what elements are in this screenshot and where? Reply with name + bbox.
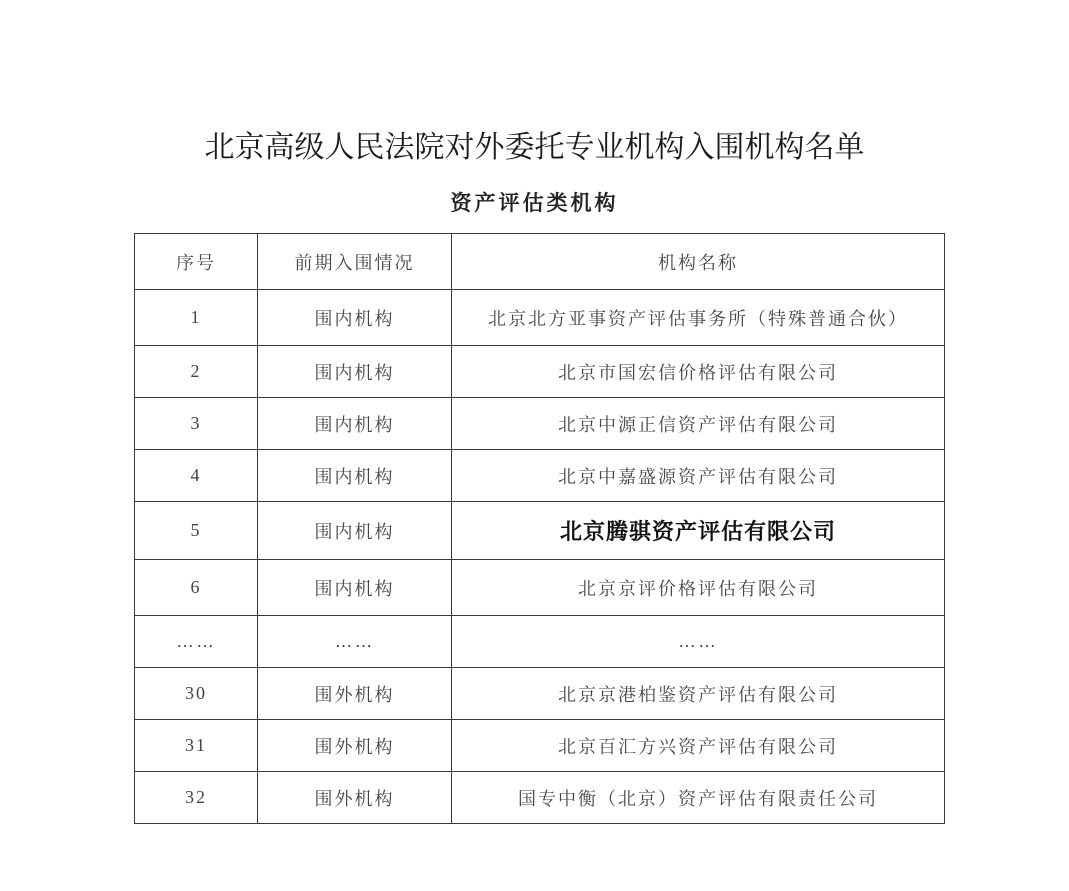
- cell-seq: 4: [135, 450, 258, 502]
- table-row: 31 围外机构 北京百汇方兴资产评估有限公司: [135, 720, 945, 772]
- cell-name: 国专中衡（北京）资产评估有限责任公司: [452, 772, 945, 824]
- cell-status: 围内机构: [258, 502, 452, 560]
- cell-name: 北京京评价格评估有限公司: [452, 560, 945, 616]
- cell-seq: 30: [135, 668, 258, 720]
- table-header-row: 序号 前期入围情况 机构名称: [135, 234, 945, 290]
- header-name: 机构名称: [452, 234, 945, 290]
- table-row: 3 围内机构 北京中源正信资产评估有限公司: [135, 398, 945, 450]
- cell-name: ……: [452, 616, 945, 668]
- cell-seq: 5: [135, 502, 258, 560]
- cell-seq: 31: [135, 720, 258, 772]
- document-title: 北京高级人民法院对外委托专业机构入围机构名单: [0, 128, 1069, 168]
- cell-status: ……: [258, 616, 452, 668]
- table-row-ellipsis: …… …… ……: [135, 616, 945, 668]
- cell-status: 围外机构: [258, 772, 452, 824]
- cell-name: 北京中源正信资产评估有限公司: [452, 398, 945, 450]
- cell-name: 北京中嘉盛源资产评估有限公司: [452, 450, 945, 502]
- cell-seq: 2: [135, 346, 258, 398]
- cell-status: 围内机构: [258, 346, 452, 398]
- cell-seq: 3: [135, 398, 258, 450]
- cell-seq: 6: [135, 560, 258, 616]
- header-status: 前期入围情况: [258, 234, 452, 290]
- cell-status: 围内机构: [258, 450, 452, 502]
- cell-name: 北京市国宏信价格评估有限公司: [452, 346, 945, 398]
- cell-name: 北京北方亚事资产评估事务所（特殊普通合伙）: [452, 290, 945, 346]
- cell-status: 围外机构: [258, 668, 452, 720]
- cell-name: 北京京港柏鉴资产评估有限公司: [452, 668, 945, 720]
- cell-name-highlighted: 北京腾骐资产评估有限公司: [452, 502, 945, 560]
- table-row: 32 围外机构 国专中衡（北京）资产评估有限责任公司: [135, 772, 945, 824]
- cell-status: 围内机构: [258, 398, 452, 450]
- cell-seq: 1: [135, 290, 258, 346]
- table-row: 1 围内机构 北京北方亚事资产评估事务所（特殊普通合伙）: [135, 290, 945, 346]
- cell-name: 北京百汇方兴资产评估有限公司: [452, 720, 945, 772]
- table-row-highlighted: 5 围内机构 北京腾骐资产评估有限公司: [135, 502, 945, 560]
- document-subtitle: 资产评估类机构: [0, 188, 1069, 218]
- table-row: 2 围内机构 北京市国宏信价格评估有限公司: [135, 346, 945, 398]
- table-row: 4 围内机构 北京中嘉盛源资产评估有限公司: [135, 450, 945, 502]
- table-row: 6 围内机构 北京京评价格评估有限公司: [135, 560, 945, 616]
- header-seq: 序号: [135, 234, 258, 290]
- cell-seq: ……: [135, 616, 258, 668]
- cell-status: 围外机构: [258, 720, 452, 772]
- institution-list-table: 序号 前期入围情况 机构名称 1 围内机构 北京北方亚事资产评估事务所（特殊普通…: [134, 233, 945, 824]
- cell-status: 围内机构: [258, 560, 452, 616]
- table-row: 30 围外机构 北京京港柏鉴资产评估有限公司: [135, 668, 945, 720]
- cell-status: 围内机构: [258, 290, 452, 346]
- cell-seq: 32: [135, 772, 258, 824]
